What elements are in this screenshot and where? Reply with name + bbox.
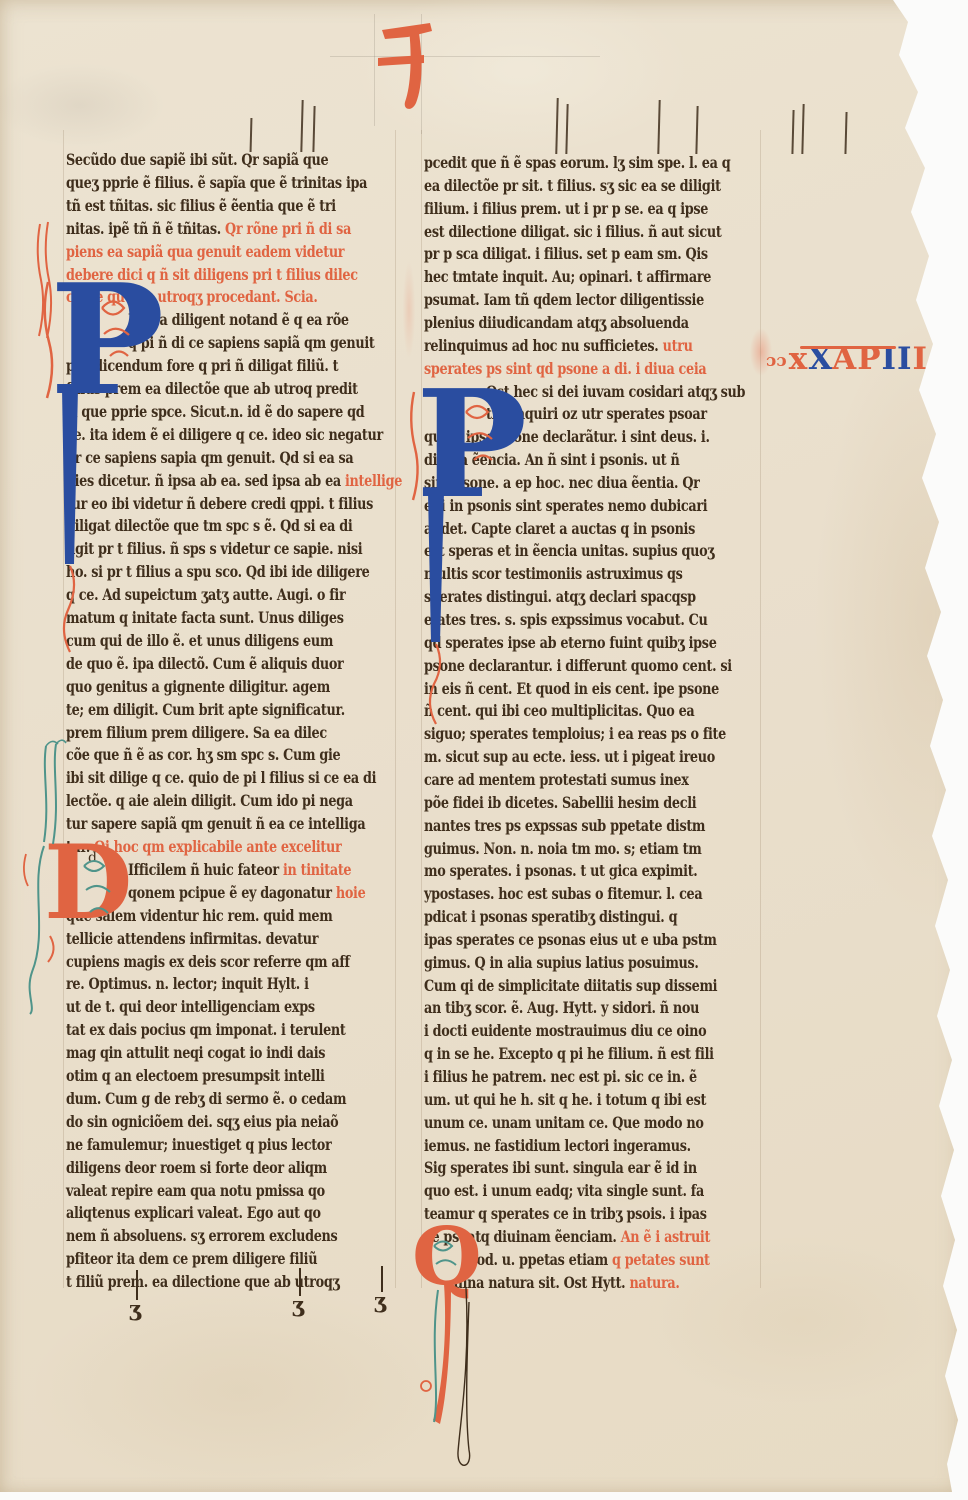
body-text: ypostases. hoc est subas o fitemur. l. c… [424,884,702,903]
ruling-line [330,56,600,57]
ascender-stroke [555,98,558,154]
manuscript-line: Sig sperates ibi sunt. singula ear ẽ id … [424,1158,697,1177]
manuscript-line: ne famulemur; inuestiget q pius lector [66,1135,331,1154]
photo-background: { "palette":{"parchment":"#ebe2cf","ink"… [0,0,968,1500]
body-text: re. Optimus. n. lector; inquit Hylt. i [66,974,309,993]
body-text: relinquimus ad hoc nu sufficietes. [424,336,663,355]
manuscript-line: est dilectione diligat. sic i filius. ñ … [424,222,721,241]
body-text: matum q initate facta sunt. Unus diliges [66,608,344,627]
margin-flourish-teal [20,842,54,1017]
manuscript-line: nantes tres ps expssas sub ppetate distm [424,816,705,835]
body-text: est dilectione diligat. sic i filius. ñ … [424,222,721,241]
finial: ʒ [292,1292,304,1317]
body-text: dum. Cum g de rebʒ di sermo ẽ. o cedam [66,1089,346,1108]
manuscript-line: te; em diligit. Cum brit apte significat… [66,700,345,719]
manuscript-line: cõe que ñ ẽ as cor. hʒ sm spc s. Cum gie [66,745,340,764]
body-text: an tibʒ scor. ẽ. Aug. Hytt. y sidori. ñ … [424,998,699,1017]
body-text: diligens deor roem si forte deor aliqm [66,1158,327,1177]
body-text: aliqtenus explicari valeat. Ego aut qo [66,1203,321,1222]
body-text: psumat. Iam tñ qdem lector diligentissie [424,290,704,309]
body-text: nitas. ipẽ tñ ñ ẽ tñitas. [66,219,225,238]
manuscript-line: ipas sperates ce psonas eius ut e uba ps… [424,930,717,949]
manuscript-line: Secũdo due sapiẽ ibi sũt. Qr sapiã que [66,150,328,169]
ascender-stroke [801,104,804,154]
manuscript-line: prem filium prem diligere. Sa ea dilec [66,723,327,742]
body-text: mag qin attulit neqi cogat io indi dais [66,1043,325,1062]
initial-q-flourish [410,1224,520,1494]
chapter-letter: I [897,341,913,377]
body-text: qonem pcipue ẽ ey dagonatur [128,883,336,902]
ascender-stroke [657,100,660,154]
body-text: pfiteor ita dem ce prem diligere filiũ [66,1249,317,1268]
chapter-overbar [800,346,896,349]
body-text: quo est. i unum eadq; vita single sunt. … [424,1181,704,1200]
finial: ʒ [374,1288,386,1313]
rubric-text: hoie [336,883,366,902]
rubric-text: q petates sunt [612,1250,710,1269]
ruling-line [395,130,396,1288]
initial-d-left: D d [40,838,155,963]
body-text: otim q an electoem presumpsit intelli [66,1066,325,1085]
body-text: pr p sca diligat. i filius. set p eam sm… [424,244,708,263]
manuscript-line: matum q initate facta sunt. Unus diliges [66,608,344,627]
manuscript-line: queʒ pprie ẽ filius. ẽ sapĩa que ẽ trini… [66,173,367,192]
manuscript-line: an tibʒ scor. ẽ. Aug. Hytt. y sidori. ñ … [424,998,699,1017]
initial-p-left: P [40,276,170,586]
margin-flourish-red [32,220,54,340]
body-text: plenius diiudicandam atqʒ absoluenda [424,313,689,332]
body-text: filium. i filius prem. ut i pr p se. ea … [424,199,708,218]
manuscript-line: i docti euidente mostrauimus diu ce oino [424,1021,706,1040]
body-text: ne famulemur; inuestiget q pius lector [66,1135,331,1154]
manuscript-line: guimus. Non. n. noia tm mo. s; etiam tm [424,839,701,858]
rubric-text: in tinitate [283,860,351,879]
body-text: Secũdo due sapiẽ ibi sũt. Qr sapiã que [66,150,328,169]
manuscript-line: pcedit que ñ ẽ spas eorum. lʒ sim spe. l… [424,153,730,172]
manuscript-line: tat ex dais pocius qm imponat. i terulen… [66,1020,345,1039]
manuscript-line: i filius he patrem. nec est pi. sic ce i… [424,1067,697,1086]
ascender-stroke [844,112,847,154]
body-text: de quo ẽ. ipa dilectõ. Cum ẽ aliquis duo… [66,654,343,673]
manuscript-line: q in se he. Excepto q pi he filium. ñ es… [424,1044,714,1063]
manuscript-line: Cum qi de simplicitate diitatis sup diss… [424,976,717,995]
ascender-stroke [250,118,253,152]
manuscript-line: valeat repire eam qua notu pmissa qo [66,1181,325,1200]
body-text: do sin ogniciõem dei. sqʒ eius pia neiaõ [66,1112,338,1131]
body-text: queʒ pprie ẽ filius. ẽ sapĩa que ẽ trini… [66,173,367,192]
manuscript-line: nem ñ absoluens. sʒ errorem excludens [66,1226,337,1245]
manuscript-line: nitas. ipẽ tñ ñ ẽ tñitas. Qr rõne pri ñ … [66,219,351,238]
manuscript-line: relinquimus ad hoc nu sufficietes. utru [424,336,693,355]
manuscript-line: mo sperates. i psonas. t ut gica expimit… [424,861,697,880]
ruling-line [374,14,375,126]
manuscript-line: hec tmtate inquit. Au; opinari. t affirm… [424,267,711,286]
body-text: nantes tres ps expssas sub ppetate distm [424,816,705,835]
body-text: pdicat i psonas speratibʒ distingui. q [424,907,677,926]
ascender-stroke [300,100,303,152]
manuscript-line: filium. i filius prem. ut i pr p se. ea … [424,199,708,218]
ascender-stroke [695,106,698,154]
quire-mark-icon [378,16,448,112]
body-text: cum qui de illo ẽ. et unus diligens eum [66,631,333,650]
manuscript-line: põe fidei ib dicetes. Sabellii hesim dec… [424,793,696,812]
manuscript-line: aliqtenus explicari valeat. Ego aut qo [66,1203,321,1222]
manuscript-line: pdicat i psonas speratibʒ distingui. q [424,907,677,926]
body-text: guimus. Non. n. noia tm mo. s; etiam tm [424,839,701,858]
rubric-text: An ẽ i astruit [621,1227,710,1246]
manuscript-line: do sin ogniciõem dei. sqʒ eius pia neiaõ [66,1112,338,1131]
body-text: care ad mentem protestati sumus inex [424,770,689,789]
manuscript-line: re. Optimus. n. lector; inquit Hylt. i [66,974,309,993]
ascender-stroke [791,110,794,154]
body-text: q ce. Ad supeictum ʒatʒ autte. Augi. o f… [66,585,345,604]
body-text: iemus. ne fastidium lectori ingeramus. [424,1136,691,1155]
rubric-text: utru [663,336,693,355]
manuscript-line: quo est. i unum eadq; vita single sunt. … [424,1181,704,1200]
manuscript-line: plenius diiudicandam atqʒ absoluenda [424,313,689,332]
finial: ʒ [129,1296,141,1321]
ascender-stroke [312,106,315,152]
chapter-letter: I [913,341,929,377]
body-text: pcedit que ñ ẽ spas eorum. lʒ sim spe. l… [424,153,730,172]
manuscript-line: q ce. Ad supeictum ʒatʒ autte. Augi. o f… [66,585,345,604]
body-text: Cum qi de simplicitate diitatis sup diss… [424,976,717,995]
body-text: ibi sit dilige q ce. quio de pi l filius… [66,768,376,787]
rubric-text: intellige [345,471,402,490]
manuscript-line: pfiteor ita dem ce prem diligere filiũ [66,1249,317,1268]
chapter-prefix: ɔɔ [766,351,787,371]
body-text: mo sperates. i psonas. t ut gica expimit… [424,861,697,880]
body-text: prem filium prem diligere. Sa ea dilec [66,723,327,742]
manuscript-leaf: ɔɔ xXAPIII Secũdo due sapiẽ ibi sũt. Qr … [0,0,968,1500]
body-text: hec tmtate inquit. Au; opinari. t affirm… [424,267,711,286]
ruling-line [760,130,761,1288]
manuscript-line: pr p sca diligat. i filius. set p eam sm… [424,244,708,263]
initial-p-flourish [408,382,528,727]
body-text: gimus. Q in alia supius latius posuimus. [424,953,699,972]
body-text: i docti euidente mostrauimus diu ce oino [424,1021,706,1040]
body-text: lectõe. q aie alein diligit. Cum ido pi … [66,791,353,810]
body-text: i filius he patrem. nec est pi. sic ce i… [424,1067,697,1086]
manuscript-line: tñ est tñitas. sic filius ẽ ẽentia que ẽ… [66,196,336,215]
body-text: valeat repire eam qua notu pmissa qo [66,1181,325,1200]
manuscript-line: ibi sit dilige q ce. quio de pi l filius… [66,768,376,787]
body-text: te; em diligit. Cum brit apte significat… [66,700,345,719]
manuscript-line: unum ce. unam unitam ce. Que modo no [424,1113,704,1132]
manuscript-line: gimus. Q in alia supius latius posuimus. [424,953,699,972]
body-text: um. ut qui he h. sit q he. i totum q ibi… [424,1090,706,1109]
body-text: cõe que ñ ẽ as cor. hʒ sm spc s. Cum gie [66,745,340,764]
rubric-text: natura. [629,1273,679,1292]
body-text: m. sicut sup au ecte. iess. ut i pigeat … [424,747,715,766]
manuscript-line: care ad mentem protestati sumus inex [424,770,689,789]
initial-p-flourish [40,276,170,586]
ascender-stroke [565,104,568,154]
margin-flourish-teal [38,738,66,848]
manuscript-line: qonem pcipue ẽ ey dagonatur hoie [128,883,365,902]
manuscript-line: quo genitus a gignente diligitur. agem [66,677,330,696]
manuscript-line: ut de t. qui deor intelligenciam exps [66,997,315,1016]
initial-q-right: Q [410,1224,520,1494]
body-text: quo genitus a gignente diligitur. agem [66,677,330,696]
body-text: Sig sperates ibi sunt. singula ear ẽ id … [424,1158,697,1177]
body-text: unum ce. unam unitam ce. Que modo no [424,1113,704,1132]
initial-d-flourish [40,838,155,963]
body-text: nem ñ absoluens. sʒ errorem excludens [66,1226,337,1245]
body-text: ea dilectõe pr sit. t filius. sʒ sic ea … [424,176,721,195]
manuscript-line: de quo ẽ. ipa dilectõ. Cum ẽ aliquis duo… [66,654,343,673]
body-text: tat ex dais pocius qm imponat. i terulen… [66,1020,345,1039]
manuscript-line: iemus. ne fastidium lectori ingeramus. [424,1136,691,1155]
manuscript-line: m. sicut sup au ecte. iess. ut i pigeat … [424,747,715,766]
manuscript-line: diligens deor roem si forte deor aliqm [66,1158,327,1177]
initial-p-right: P [408,382,528,727]
body-text: ut de t. qui deor intelligenciam exps [66,997,315,1016]
chapter-number: ɔɔ xXAPIII [766,344,928,375]
manuscript-line: dum. Cum g de rebʒ di sermo ẽ. o cedam [66,1089,346,1108]
manuscript-line: cum qui de illo ẽ. et unus diligens eum [66,631,333,650]
manuscript-line: psumat. Iam tñ qdem lector diligentissie [424,290,704,309]
body-text: siguo; sperates temploius; i ea reas ps … [424,724,726,743]
manuscript-line: siguo; sperates temploius; i ea reas ps … [424,724,726,743]
body-text: q in se he. Excepto q pi he filium. ñ es… [424,1044,714,1063]
manuscript-line: ea dilectõe pr sit. t filius. sʒ sic ea … [424,176,721,195]
manuscript-line: otim q an electoem presumpsit intelli [66,1066,325,1085]
manuscript-line: ypostases. hoc est subas o fitemur. l. c… [424,884,702,903]
body-text: ipas sperates ce psonas eius ut e uba ps… [424,930,717,949]
body-text: tñ est tñitas. sic filius ẽ ẽentia que ẽ… [66,196,336,215]
manuscript-line: Ifficilem ñ huic fateor in tinitate [128,860,351,879]
manuscript-line: lectõe. q aie alein diligit. Cum ido pi … [66,791,353,810]
manuscript-line: um. ut qui he h. sit q he. i totum q ibi… [424,1090,706,1109]
rubric-text: Qr rõne pri ñ di sa [225,219,351,238]
manuscript-line: mag qin attulit neqi cogat io indi dais [66,1043,325,1062]
body-text: põe fidei ib dicetes. Sabellii hesim dec… [424,793,696,812]
